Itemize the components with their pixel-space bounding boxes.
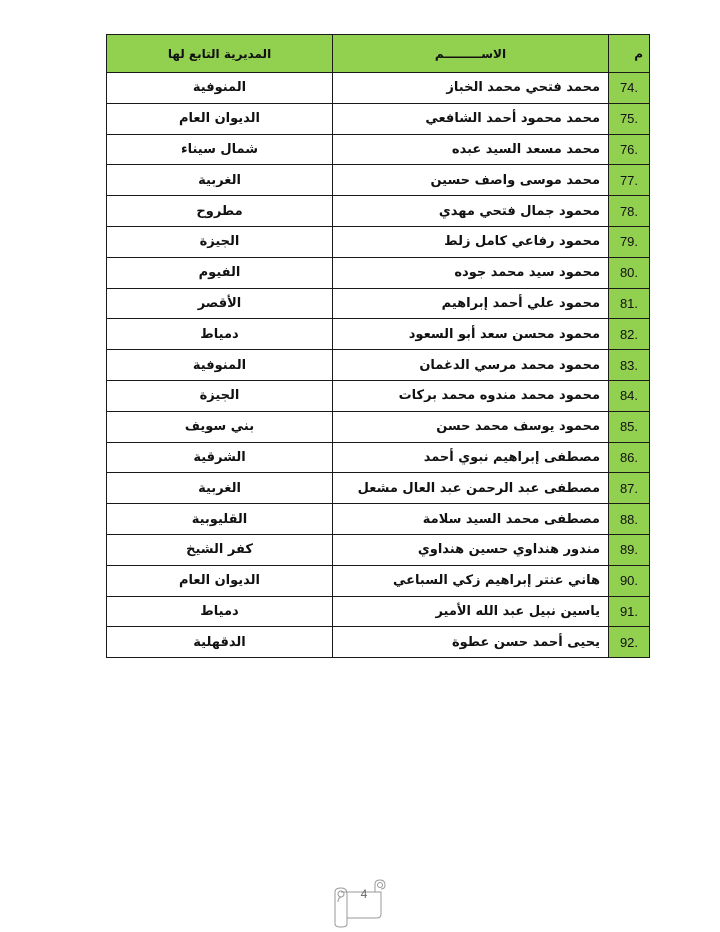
table-row: 85.محمود يوسف محمد حسنبني سويف <box>107 411 650 442</box>
row-number: 88. <box>609 504 650 535</box>
directorate-name: شمال سيناء <box>107 134 333 165</box>
directorate-name: المنوفية <box>107 73 333 104</box>
employee-name: محمود جمال فتحي مهدي <box>333 196 609 227</box>
table-row: 84.محمود محمد مندوه محمد بركاتالجيزة <box>107 380 650 411</box>
table-body: 74.محمد فتحي محمد الخبازالمنوفية 75.محمد… <box>107 73 650 658</box>
row-number: 82. <box>609 319 650 350</box>
document-page: م الاســـــــــم المديرية التابع لها 74.… <box>0 0 720 932</box>
directorate-name: الفيوم <box>107 257 333 288</box>
row-number: 92. <box>609 627 650 658</box>
directorate-name: الأقصر <box>107 288 333 319</box>
table-row: 92.يحيى أحمد حسن عطوةالدقهلية <box>107 627 650 658</box>
staff-roster-table: م الاســـــــــم المديرية التابع لها 74.… <box>106 34 650 658</box>
employee-name: مندور هنداوي حسين هنداوي <box>333 534 609 565</box>
table-header-row: م الاســـــــــم المديرية التابع لها <box>107 35 650 73</box>
directorate-name: الجيزة <box>107 226 333 257</box>
employee-name: محمود علي أحمد إبراهيم <box>333 288 609 319</box>
table-row: 89.مندور هنداوي حسين هنداويكفر الشيخ <box>107 534 650 565</box>
row-number: 80. <box>609 257 650 288</box>
table-row: 78.محمود جمال فتحي مهديمطروح <box>107 196 650 227</box>
employee-name: محمد مسعد السيد عبده <box>333 134 609 165</box>
directorate-name: الديوان العام <box>107 103 333 134</box>
employee-name: يحيى أحمد حسن عطوة <box>333 627 609 658</box>
scroll-icon <box>325 878 395 928</box>
employee-name: محمود رفاعي كامل زلط <box>333 226 609 257</box>
employee-name: ياسين نبيل عبد الله الأمير <box>333 596 609 627</box>
table-row: 87.مصطفى عبد الرحمن عبد العال مشعلالغربي… <box>107 473 650 504</box>
directorate-name: الجيزة <box>107 380 333 411</box>
table-row: 86.مصطفى إبراهيم نبوي أحمدالشرقية <box>107 442 650 473</box>
row-number: 75. <box>609 103 650 134</box>
directorate-name: مطروح <box>107 196 333 227</box>
row-number: 86. <box>609 442 650 473</box>
row-number: 83. <box>609 350 650 381</box>
directorate-name: بني سويف <box>107 411 333 442</box>
directorate-name: القليوبية <box>107 504 333 535</box>
employee-name: محمد محمود أحمد الشافعي <box>333 103 609 134</box>
column-header-name: الاســـــــــم <box>333 35 609 73</box>
column-header-directorate: المديرية التابع لها <box>107 35 333 73</box>
row-number: 74. <box>609 73 650 104</box>
row-number: 79. <box>609 226 650 257</box>
table-row: 75.محمد محمود أحمد الشافعيالديوان العام <box>107 103 650 134</box>
directorate-name: الدقهلية <box>107 627 333 658</box>
table-row: 76.محمد مسعد السيد عبدهشمال سيناء <box>107 134 650 165</box>
directorate-name: الغربية <box>107 473 333 504</box>
table-row: 79.محمود رفاعي كامل زلطالجيزة <box>107 226 650 257</box>
employee-name: محمود محمد مندوه محمد بركات <box>333 380 609 411</box>
column-header-number: م <box>609 35 650 73</box>
row-number: 78. <box>609 196 650 227</box>
row-number: 84. <box>609 380 650 411</box>
table-row: 83.محمود محمد مرسي الدغمانالمنوفية <box>107 350 650 381</box>
employee-name: مصطفى محمد السيد سلامة <box>333 504 609 535</box>
row-number: 81. <box>609 288 650 319</box>
table-row: 74.محمد فتحي محمد الخبازالمنوفية <box>107 73 650 104</box>
table-row: 80.محمود سيد محمد جودهالفيوم <box>107 257 650 288</box>
directorate-name: دمياط <box>107 319 333 350</box>
table-row: 82.محمود محسن سعد أبو السعوددمياط <box>107 319 650 350</box>
employee-name: هاني عنتر إبراهيم زكي السباعي <box>333 565 609 596</box>
directorate-name: المنوفية <box>107 350 333 381</box>
row-number: 90. <box>609 565 650 596</box>
employee-name: محمود محمد مرسي الدغمان <box>333 350 609 381</box>
page-number: 4 <box>355 887 373 901</box>
employee-name: محمود محسن سعد أبو السعود <box>333 319 609 350</box>
table-row: 91.ياسين نبيل عبد الله الأميردمياط <box>107 596 650 627</box>
directorate-name: الديوان العام <box>107 565 333 596</box>
employee-name: مصطفى عبد الرحمن عبد العال مشعل <box>333 473 609 504</box>
table-row: 90.هاني عنتر إبراهيم زكي السباعيالديوان … <box>107 565 650 596</box>
directorate-name: الغربية <box>107 165 333 196</box>
table-row: 77.محمد موسى واصف حسينالغربية <box>107 165 650 196</box>
employee-name: محمود يوسف محمد حسن <box>333 411 609 442</box>
row-number: 87. <box>609 473 650 504</box>
directorate-name: دمياط <box>107 596 333 627</box>
employee-name: محمد موسى واصف حسين <box>333 165 609 196</box>
directorate-name: كفر الشيخ <box>107 534 333 565</box>
employee-name: محمود سيد محمد جوده <box>333 257 609 288</box>
table-row: 81.محمود علي أحمد إبراهيمالأقصر <box>107 288 650 319</box>
employee-name: محمد فتحي محمد الخباز <box>333 73 609 104</box>
table-row: 88.مصطفى محمد السيد سلامةالقليوبية <box>107 504 650 535</box>
employee-name: مصطفى إبراهيم نبوي أحمد <box>333 442 609 473</box>
row-number: 76. <box>609 134 650 165</box>
row-number: 91. <box>609 596 650 627</box>
row-number: 89. <box>609 534 650 565</box>
page-number-badge: 4 <box>325 878 395 928</box>
row-number: 77. <box>609 165 650 196</box>
row-number: 85. <box>609 411 650 442</box>
directorate-name: الشرقية <box>107 442 333 473</box>
